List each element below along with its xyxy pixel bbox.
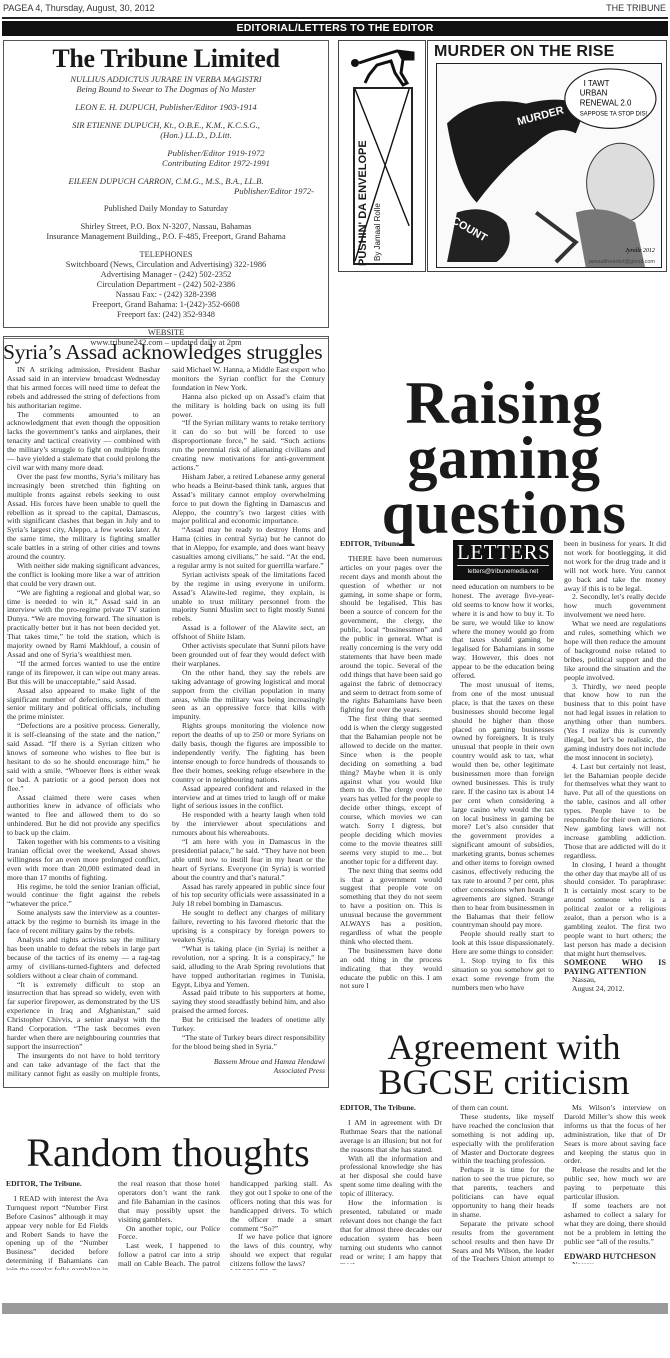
paragraph: The comments amounted to an acknowledgme… [7,411,160,473]
letter-column: handicapped parking stall. As they got o… [230,1180,332,1270]
paragraph: THERE have been numerous articles on you… [340,555,442,715]
headline-line: BGCSE criticism [338,1065,670,1100]
letter-column: been in business for years. It did not w… [564,540,666,1030]
paragraph: “What is taking place (in Syria) is neit… [172,945,325,990]
letters-logo-text: LETTERS [457,540,549,566]
masthead-box: The Tribune Limited NULLIUS ADDICTUS JUR… [3,40,329,328]
paragraph: What we need are regulations and rules, … [564,620,666,682]
cartoon-illustration: I TAWT URBAN RENEWAL 2.0 SAPPOSE TA STOP… [436,63,662,268]
bgcse-headline: Agreement with BGCSE criticism [338,1030,670,1100]
paragraph: 3. Thirdly, we need people that know how… [564,683,666,763]
bgcse-letter: EDITOR, The Tribune. I AM in agreement w… [340,1104,666,1264]
paragraph: 2. Secondly, let’s really decide how muc… [564,593,666,620]
letter-place: Nassau, [564,1261,666,1264]
paragraph: He sought to deflect any charges of mili… [172,909,325,945]
footer-bar [2,1303,668,1314]
paragraph: The first thing that seemed odd is when … [340,715,442,866]
paragraph: Assad has rarely appeared in public sinc… [172,883,325,910]
masthead-title: The Tribune Limited [4,44,328,74]
publisher-line: EILEEN DUPUCH CARRON, C.M.G., M.S., B.A.… [4,176,328,186]
paragraph: He responded with a hearty laugh when to… [172,811,325,838]
paragraph: But he criticised the leaders of onetime… [172,1016,325,1034]
phone-line: Switchboard (News, Circulation and Adver… [4,260,328,270]
publisher-role: Publisher/Editor 1972- [4,186,328,196]
paragraph: How the information is presented, tabula… [340,1199,442,1264]
paragraph: His regime, he told the senior Iranian o… [7,883,160,910]
paragraph: Hanna also picked up on Assad’s claim th… [172,393,325,420]
editor-role: Publisher/Editor 1919-1972 [4,148,328,158]
paragraph: “Defections are a positive process. Gene… [7,722,160,793]
gaming-headline: Raising gaming questions [338,376,670,541]
editor-honors: (Hon.) LL.D., D.Litt. [4,130,328,140]
strip-byline: By Jamaal Rolle [373,203,382,261]
headline-line: gaming [338,431,670,486]
svg-text:RENEWAL 2.0: RENEWAL 2.0 [580,99,632,108]
paragraph: 4. Last but certainly not least, let the… [564,763,666,861]
motto: NULLIUS ADDICTUS JURARE IN VERBA MAGISTR… [4,74,328,84]
phone-line: Freeport fax: (242) 352-9348 [4,310,328,320]
paragraph: Release the results and let the public s… [564,1166,666,1202]
paragraph: Hisham Jaber, a retired Lebanese army ge… [172,473,325,526]
gaming-letter: EDITOR, Tribune. THERE have been numerou… [340,540,666,1030]
paragraph: Other activists speculate that Sunni pil… [172,642,325,669]
paragraph: IN A striking admission, President Basha… [7,366,160,411]
paragraph: “Assad may be ready to destroy Homs and … [172,526,325,571]
headline-line: questions [338,486,670,541]
paragraph: I READ with interest the Ava Turnquest r… [6,1195,108,1270]
paragraph: “If the Syrian military wants to retake … [172,419,325,472]
letter-signature: SOMEONE WHO IS PAYING ATTENTION [564,959,666,977]
paragraph: Last week, I happened to follow a patrol… [118,1242,220,1270]
random-headline: Random thoughts [3,1130,333,1176]
founder-line: LEON E. H. DUPUCH, Publisher/Editor 1903… [4,102,328,112]
letter-column: need education on numbers to be honest. … [452,540,554,1030]
paragraph: If some teachers are not ashamed to coll… [564,1202,666,1247]
paragraph: With neither side making significant adv… [7,562,160,589]
address-nassau: Shirley Street, P.O. Box N-3207, Nassau,… [4,222,328,232]
letter-column: Ms Wilson’s interview on Darold Miller’s… [564,1104,666,1264]
paragraph: The most unusual of items, from one of t… [452,681,554,930]
address-freeport: Insurance Management Building., P.O. F-4… [4,232,328,242]
paragraph: If we have police that ignore the laws o… [230,1233,332,1269]
paragraph: On the other hand, they say the rebels a… [172,669,325,722]
header-rule [2,17,668,19]
headline-line: Raising [338,376,670,431]
headline-line: Agreement with [338,1030,670,1065]
letter-column: EDITOR, The Tribune. I READ with interes… [6,1180,108,1270]
paragraph: Assad paid tribute to his supporters at … [172,989,325,1016]
paragraph: On another topic, our Police Force. [118,1225,220,1243]
svg-text:I TAWT: I TAWT [584,79,610,88]
pushing-man-icon [347,45,419,89]
paragraph: These students, like myself have reached… [452,1113,554,1166]
letter-column: of them can count. These students, like … [452,1104,554,1264]
page-info: PAGEA 4, Thursday, August, 30, 2012 [3,3,155,13]
paragraph: “It is extremely difficult to stop an in… [7,981,160,1052]
letter-column: the real reason that those hotel operato… [118,1180,220,1270]
svg-text:URBAN: URBAN [580,89,608,98]
letter-date: August 24, 2012. [564,985,666,994]
paper-name: THE TRIBUNE [606,3,666,13]
phone-line: Circulation Department - (242) 502-2386 [4,280,328,290]
strip-title: PUSHIN' DA ENVELOPE [357,140,369,266]
paragraph: The businessmen have done an odd thing i… [340,947,442,992]
motto-translation: Being Bound to Swear to The Dogmas of No… [4,84,328,94]
paragraph: the real reason that those hotel operato… [118,1180,220,1225]
salutation: EDITOR, Tribune. [340,540,442,549]
editor-line: SIR ETIENNE DUPUCH, Kt., O.B.E., K.M., K… [4,120,328,130]
paragraph: “I am here with you in Damascus in the p… [172,838,325,883]
paragraph: Ms Wilson’s interview on Darold Miller’s… [564,1104,666,1166]
paragraph: need education on numbers to be honest. … [452,583,554,681]
paragraph: Assad also appeared to make light of the… [7,687,160,723]
phone-line: Advertising Manager - (242) 502-2352 [4,270,328,280]
artist-email: jamaaltheartist@gmail.com [589,259,655,265]
cartoon-panel: MURDER ON THE RISE I TAWT URBAN RENEWAL … [427,40,667,272]
phone-line: Nassau Fax: - (242) 328-2398 [4,290,328,300]
cartoon-drawing-icon: I TAWT URBAN RENEWAL 2.0 SAPPOSE TA STOP… [437,64,661,267]
letter-signature: MICHAEL P [230,1269,332,1270]
paragraph: The next thing that seems odd is that a … [340,867,442,947]
paragraph: Assad claimed there were cases when auth… [7,794,160,839]
paragraph: Taken together with his comments to a vi… [7,838,160,883]
paragraph: I AM in agreement with Dr Ruthmae Sears … [340,1119,442,1155]
paragraph: People should really start to look at th… [452,930,554,957]
byline-agency: Associated Press [172,1067,325,1076]
paragraph: handicapped parking stall. As they got o… [230,1180,332,1233]
section-banner: EDITORIAL/LETTERS TO THE EDITOR [2,21,668,36]
cartoon-title: MURDER ON THE RISE [434,43,615,61]
paragraph: Some analysts saw the interview as a cou… [7,909,160,936]
published-schedule: Published Daily Monday to Saturday [4,204,328,214]
editor-role-2: Contributing Editor 1972-1991 [4,158,328,168]
random-letter: EDITOR, The Tribune. I READ with interes… [6,1180,332,1270]
syria-body: IN A striking admission, President Basha… [7,366,325,1086]
syria-headline: Syria’s Assad acknowledges struggles [3,338,329,365]
salutation: EDITOR, The Tribune. [340,1104,442,1113]
paragraph: “If the armed forces wanted to use the e… [7,660,160,687]
salutation: EDITOR, The Tribune. [6,1180,108,1189]
paragraph: “The state of Turkey bears direct respon… [172,1034,325,1052]
paragraph: With all the information and professiona… [340,1155,442,1200]
paragraph: Separate the private school results from… [452,1220,554,1264]
svg-text:Jyrolle 2012: Jyrolle 2012 [625,248,655,254]
paragraph: Syrian activists speak of the limitation… [172,571,325,624]
letter-column: EDITOR, Tribune. THERE have been numerou… [340,540,442,1030]
paragraph: been in business for years. It did not w… [564,540,666,593]
paragraph: 1. Stop trying to fix this situation so … [452,957,554,993]
paragraph: Perhaps it is time for the nation to see… [452,1166,554,1219]
paragraph: Analysts and rights activists say the mi… [7,936,160,981]
letter-column: EDITOR, The Tribune. I AM in agreement w… [340,1104,442,1264]
paragraph: “We are fighting a regional and global w… [7,589,160,660]
cartoon-strip-panel: PUSHIN' DA ENVELOPE By Jamaal Rolle [338,40,426,272]
paragraph: Rights groups monitoring the violence no… [172,722,325,784]
paragraph: Assad appeared confident and relaxed in … [172,785,325,812]
telephones-heading: TELEPHONES [4,250,328,260]
paragraph: Over the past few months, Syria’s milita… [7,473,160,562]
paragraph: In closing, I heard a thought the other … [564,861,666,959]
letters-logo: LETTERS letters@tribunemedia.net [453,540,553,580]
phone-line: Freeport, Grand Bahama: 1-(242)-352-6608 [4,300,328,310]
svg-text:SAPPOSE TA STOP DIS!: SAPPOSE TA STOP DIS! [580,111,648,117]
letters-email-link[interactable]: letters@tribunemedia.net [453,566,553,578]
paragraph: Assad is a follower of the Alawite sect,… [172,624,325,642]
